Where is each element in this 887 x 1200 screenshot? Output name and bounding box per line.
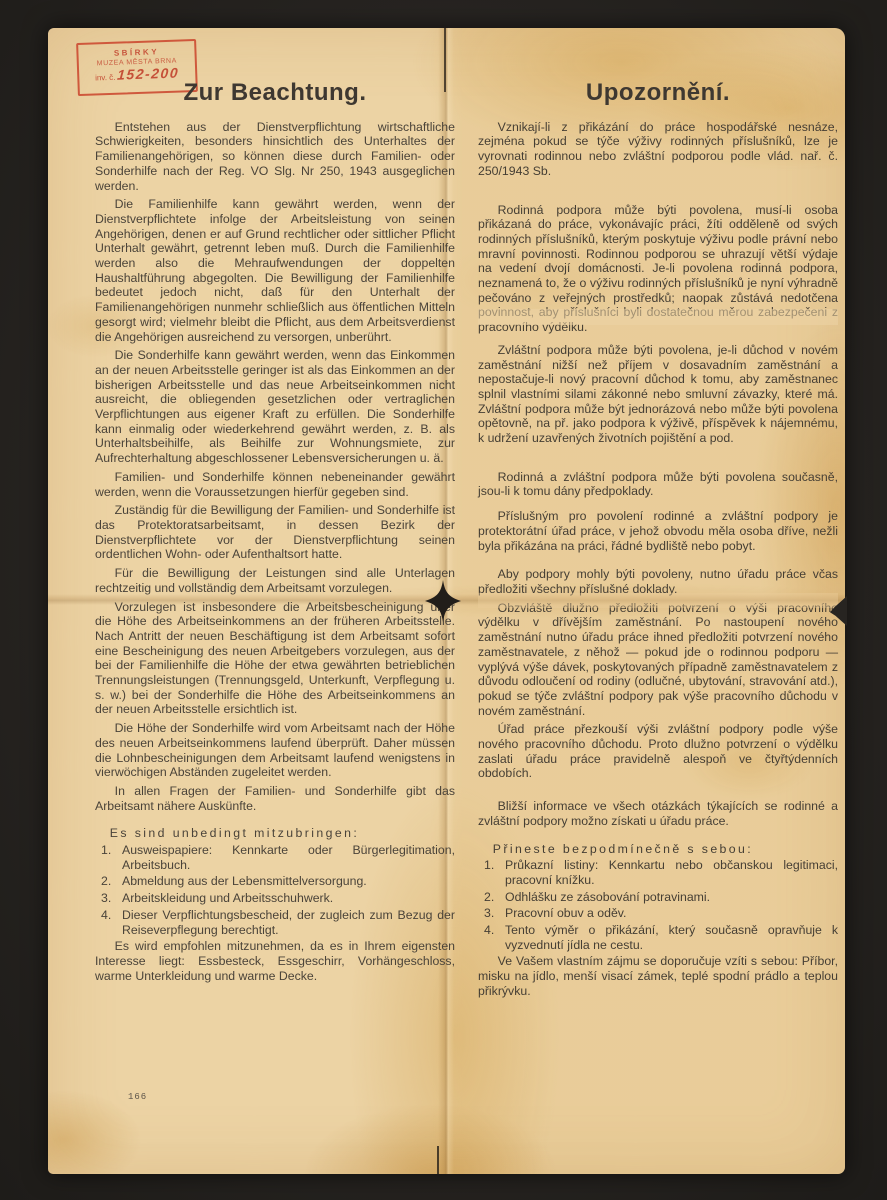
list-item-number: 3.: [484, 906, 494, 921]
german-list-item: 2. Abmeldung aus der Lebensmittelversorg…: [95, 874, 455, 889]
list-item-text: Odhlášku ze zásobování potravinami.: [505, 890, 710, 904]
list-item-text: Ausweispapiere: Kennkarte oder Bürgerleg…: [122, 843, 455, 872]
list-item-text: Arbeitskleidung und Arbeitsschuhwerk.: [122, 891, 333, 905]
czech-paragraph: Rodinná podpora může býti povolena, musí…: [478, 203, 838, 335]
czech-paragraph: Obzvláště dlužno předložiti potvrzení o …: [478, 601, 838, 719]
czech-paragraph: Aby podpory mohly býti povoleny, nutno ú…: [478, 567, 838, 596]
czech-paragraph: Úřad práce přezkouší výši zvláštní podpo…: [478, 722, 838, 781]
czech-title: Upozornění.: [478, 86, 838, 101]
czech-list-item: 2. Odhlášku ze zásobování potravinami.: [478, 890, 838, 905]
czech-paragraph: Bližší informace ve všech otázkách týkaj…: [478, 799, 838, 828]
list-item-text: Pracovní obuv a oděv.: [505, 906, 626, 920]
page-number: 166: [128, 1092, 147, 1102]
german-paragraph: Die Höhe der Sonderhilfe wird vom Arbeit…: [95, 721, 455, 780]
list-item-text: Tento výměr o přikázání, který současně …: [505, 923, 838, 952]
list-item-text: Abmeldung aus der Lebensmittelversorgung…: [122, 874, 367, 888]
german-list-heading: Es sind unbedingt mitzubringen:: [95, 826, 455, 841]
photo-background: SBÍRKY MUZEA MĚSTA BRNA inv. č. 152-200 …: [0, 0, 887, 1200]
german-column: Zur Beachtung. Entstehen aus der Dienstv…: [95, 28, 455, 983]
czech-paragraph: Rodinná a zvláštní podpora může býti pov…: [478, 470, 838, 499]
czech-list-heading: Přineste bezpodmínečně s sebou:: [478, 842, 838, 857]
german-closing-note: Es wird empfohlen mitzunehmen, da es in …: [95, 939, 455, 983]
czech-list-item: 4. Tento výměr o přikázání, který součas…: [478, 923, 838, 952]
czech-paragraph: Zvláštní podpora může býti povolena, je-…: [478, 343, 838, 446]
list-item-text: Průkazní listiny: Kennkartu nebo občansk…: [505, 858, 838, 887]
german-paragraph: Familien- und Sonderhilfe können nebenei…: [95, 470, 455, 499]
german-paragraph: Zuständig für die Bewilligung der Famili…: [95, 503, 455, 562]
list-item-number: 3.: [101, 891, 111, 906]
czech-closing-note: Ve Vašem vlastním zájmu se doporučuje vz…: [478, 954, 838, 998]
german-title: Zur Beachtung.: [95, 86, 455, 101]
list-item-number: 1.: [484, 858, 494, 873]
czech-list-item: 1. Průkazní listiny: Kennkartu nebo obča…: [478, 858, 838, 887]
czech-column: Upozornění. Vznikají-li z přikázání do p…: [478, 28, 838, 999]
german-list-item: 4. Dieser Verpflichtungsbescheid, der zu…: [95, 908, 455, 937]
german-paragraph: Die Sonderhilfe kann gewährt werden, wen…: [95, 348, 455, 466]
list-item-number: 4.: [484, 923, 494, 938]
list-item-number: 1.: [101, 843, 111, 858]
document-paper: SBÍRKY MUZEA MĚSTA BRNA inv. č. 152-200 …: [48, 28, 845, 1174]
czech-paragraph: Příslušným pro povolení rodinné a zvlášt…: [478, 509, 838, 553]
list-item-number: 4.: [101, 908, 111, 923]
list-item-text: Dieser Verpflichtungsbescheid, der zugle…: [122, 908, 455, 937]
bottom-edge-split: [437, 1146, 439, 1174]
german-list-item: 3. Arbeitskleidung und Arbeitsschuhwerk.: [95, 891, 455, 906]
fold-hole: [425, 580, 461, 622]
list-item-number: 2.: [101, 874, 111, 889]
german-paragraph: In allen Fragen der Familien- und Sonder…: [95, 784, 455, 813]
czech-list-item: 3. Pracovní obuv a oděv.: [478, 906, 838, 921]
german-paragraph: Entstehen aus der Dienstverpflichtung wi…: [95, 120, 455, 194]
german-paragraph: Für die Bewilligung der Leistungen sind …: [95, 566, 455, 595]
german-list-item: 1. Ausweispapiere: Kennkarte oder Bürger…: [95, 843, 455, 872]
list-item-number: 2.: [484, 890, 494, 905]
german-paragraph: Die Familienhilfe kann gewährt werden, w…: [95, 197, 455, 344]
german-paragraph: Vorzulegen ist insbesondere die Arbeitsb…: [95, 600, 455, 718]
czech-paragraph: Vznikají-li z přikázání do práce hospodá…: [478, 120, 838, 179]
